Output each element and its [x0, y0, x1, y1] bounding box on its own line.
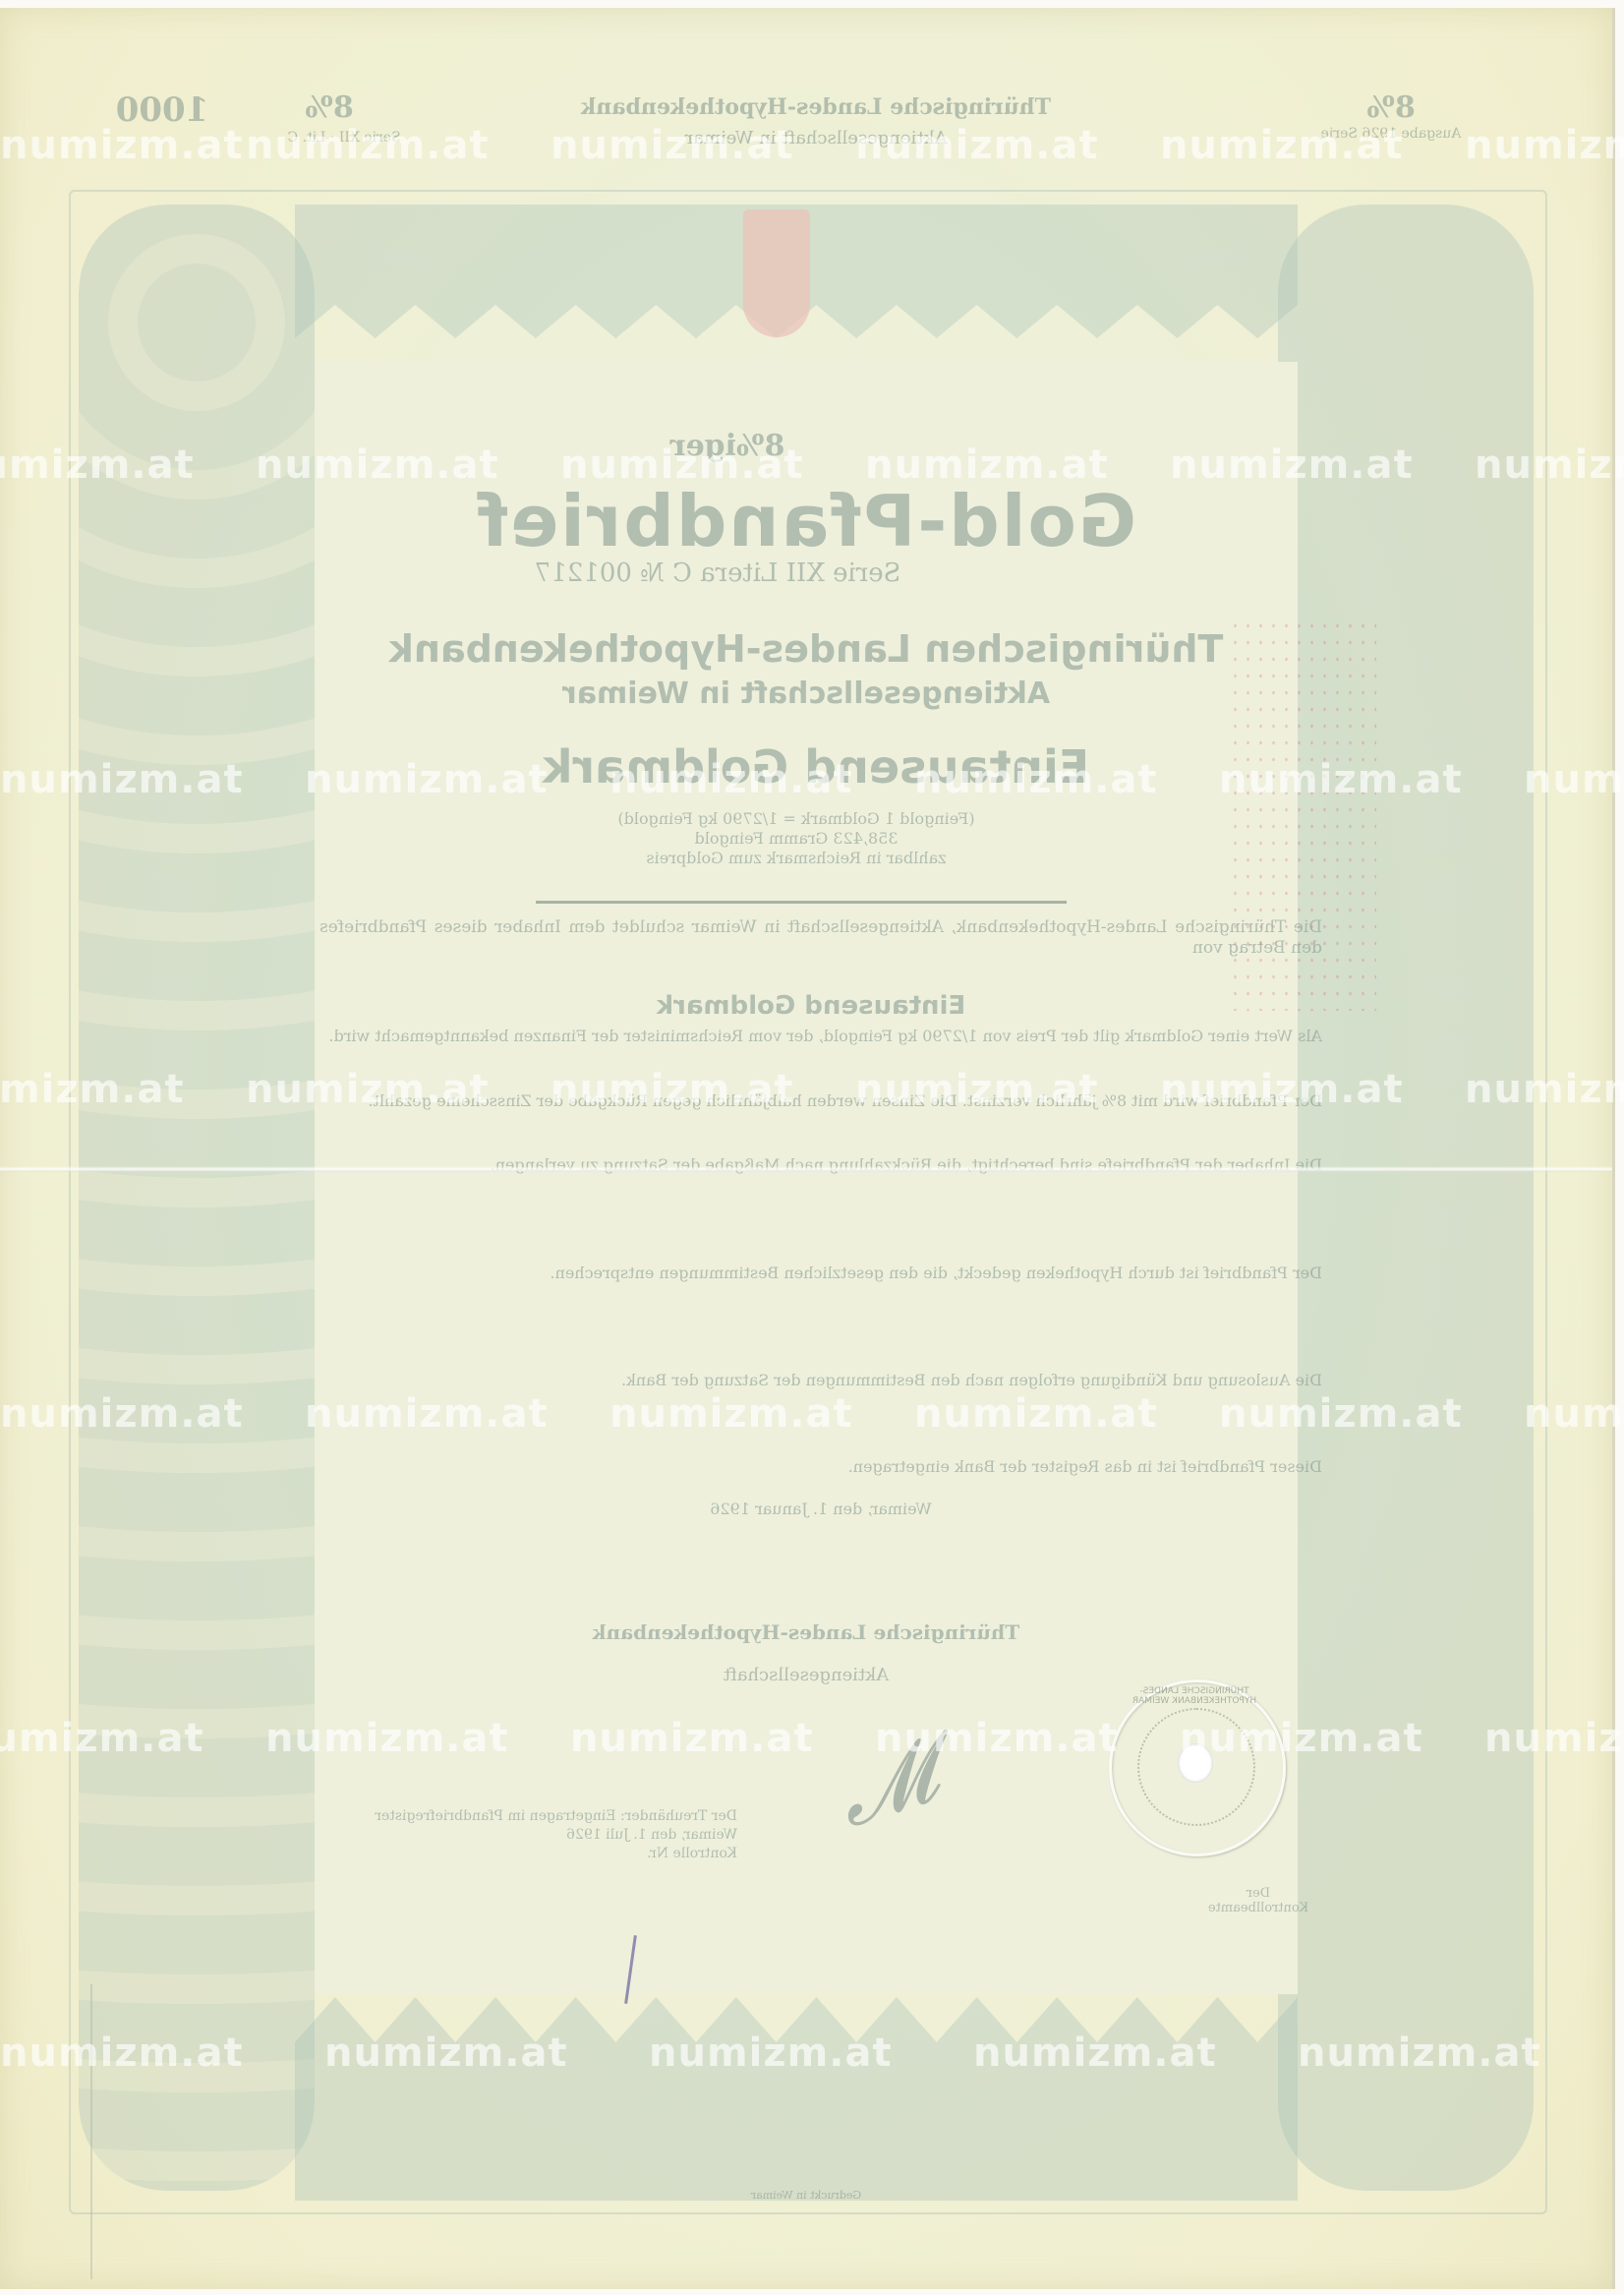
watermark-text: numizm.at: [0, 1716, 204, 1761]
issuer-form: Aktiengesellschaft in Weimar: [511, 677, 1101, 711]
fold-crease: [0, 1166, 1612, 1172]
watermark-text: numizm.at: [609, 1391, 853, 1437]
printer-note: Gedruckt in Weimar: [629, 2189, 983, 2202]
watermark-text: numizm.at: [1160, 123, 1404, 168]
registration-note: Weimar, den 1. Juli 1926: [324, 1826, 737, 1845]
watermark-text: numizm.at: [973, 2030, 1217, 2076]
body-paragraph: Die Auslosung und Kündigung erfolgen nac…: [319, 1370, 1322, 1391]
edge-crease: [90, 1984, 92, 2279]
watermark-text: numizm.at: [551, 123, 794, 168]
watermark-text: numizm.at: [265, 1716, 509, 1761]
place-date: Weimar, den 1. Januar 1926: [319, 1499, 1322, 1520]
watermark-text: numizm.at: [1298, 2030, 1541, 2076]
watermark-text: numizm.at: [246, 123, 490, 168]
watermark-text: numizm.at: [1465, 123, 1624, 168]
divider: [536, 901, 1067, 904]
watermark-text: numizm.at: [324, 2030, 568, 2076]
issuer-name: Thüringischen Landes-Hypothekenbank: [354, 627, 1258, 671]
watermark-text: numizm.at: [0, 2030, 244, 2076]
watermark-text: numizm.at: [875, 1716, 1119, 1761]
document-title: Gold-Pfandbrief: [452, 480, 1160, 562]
watermark-text: numizm.at: [551, 1067, 794, 1112]
body-subheading: Eintausend Goldmark: [580, 991, 1042, 1021]
watermark-text: numizm.at: [1160, 1067, 1404, 1112]
watermark-text: numizm.at: [914, 757, 1158, 802]
watermark-text: numizm.at: [570, 1716, 814, 1761]
watermark-text: numizm.at: [0, 1391, 244, 1437]
serial-number: Serie XII Litera C № 001217: [462, 559, 973, 588]
amount-notes: (Feingold 1 Goldmark = 1/2790 kg Feingol…: [452, 809, 1140, 868]
certificate-paper: Thüringische Landes-Hypothekenbank Aktie…: [0, 8, 1615, 2289]
amount-note: (Feingold 1 Goldmark = 1/2790 kg Feingol…: [452, 809, 1140, 829]
watermark-text: numizm.at: [305, 1391, 549, 1437]
seal-text: THÜRINGISCHE LANDES-HYPOTHEKENBANK WEIMA…: [1112, 1686, 1277, 1706]
watermark-text: numizm.at: [0, 1067, 185, 1112]
watermark-text: numizm.at: [1219, 1391, 1463, 1437]
amount-note: 358,423 Gramm Feingold: [452, 829, 1140, 849]
watermark-text: numizm.at: [855, 123, 1099, 168]
watermark-text: numizm.at: [246, 1067, 490, 1112]
header-rate-left: 8%: [290, 90, 369, 125]
signature-bank: Thüringische Landes-Hypothekenbank: [492, 1620, 1121, 1644]
watermark-text: numizm.at: [865, 442, 1109, 488]
watermark-text: numizm.at: [914, 1391, 1158, 1437]
red-stamp-showthrough: [1229, 618, 1376, 1011]
ornamental-border-left: [79, 205, 315, 2191]
header-rate-right: 8%: [1347, 90, 1435, 125]
coat-of-arms-icon: [743, 209, 810, 337]
amount-note: zahlbar in Reichsmark zum Goldpreis: [452, 849, 1140, 868]
body-paragraph: Die Inhaber der Pfandbriefe sind berecht…: [319, 1154, 1322, 1176]
watermark-text: numizm.at: [1219, 757, 1463, 802]
controller-label: Der Kontrollbeamte: [1199, 1886, 1317, 1915]
registration-note: Kontrolle Nr.: [324, 1845, 737, 1863]
watermark-text: numizm.at: [855, 1067, 1099, 1112]
watermark-text: numizm.at: [1170, 442, 1414, 488]
watermark-text: numizm.at: [609, 757, 853, 802]
watermark-text: numizm.at: [256, 442, 499, 488]
watermark-text: numizm.at: [1524, 757, 1624, 802]
body-intro: Die Thüringische Landes-Hypothekenbank, …: [319, 917, 1322, 959]
watermark-text: numizm.at: [0, 123, 244, 168]
header-bank-name: Thüringische Landes-Hypothekenbank: [462, 94, 1170, 120]
body-paragraph: Als Wert einer Goldmark gilt der Preis v…: [319, 1026, 1322, 1047]
registration-note: Der Treuhänder: Eingetragen im Pfandbrie…: [324, 1807, 737, 1826]
watermark-text: numizm.at: [1484, 1716, 1624, 1761]
watermark-text: numizm.at: [1465, 1067, 1624, 1112]
watermark-text: numizm.at: [560, 442, 804, 488]
body-paragraph: Dieser Pfandbrief ist in das Register de…: [319, 1456, 1322, 1478]
body-paragraph: Der Pfandbrief ist durch Hypotheken gede…: [319, 1263, 1322, 1284]
watermark-text: numizm.at: [1475, 442, 1624, 488]
registration-notes: Der Treuhänder: Eingetragen im Pfandbrie…: [324, 1807, 737, 1863]
watermark-text: numizm.at: [0, 757, 244, 802]
signature-form: Aktiengesellschaft: [590, 1665, 1022, 1685]
watermark-text: numizm.at: [1524, 1391, 1624, 1437]
watermark-text: numizm.at: [1180, 1716, 1423, 1761]
watermark-text: numizm.at: [305, 757, 549, 802]
watermark-text: numizm.at: [0, 442, 195, 488]
watermark-text: numizm.at: [649, 2030, 893, 2076]
